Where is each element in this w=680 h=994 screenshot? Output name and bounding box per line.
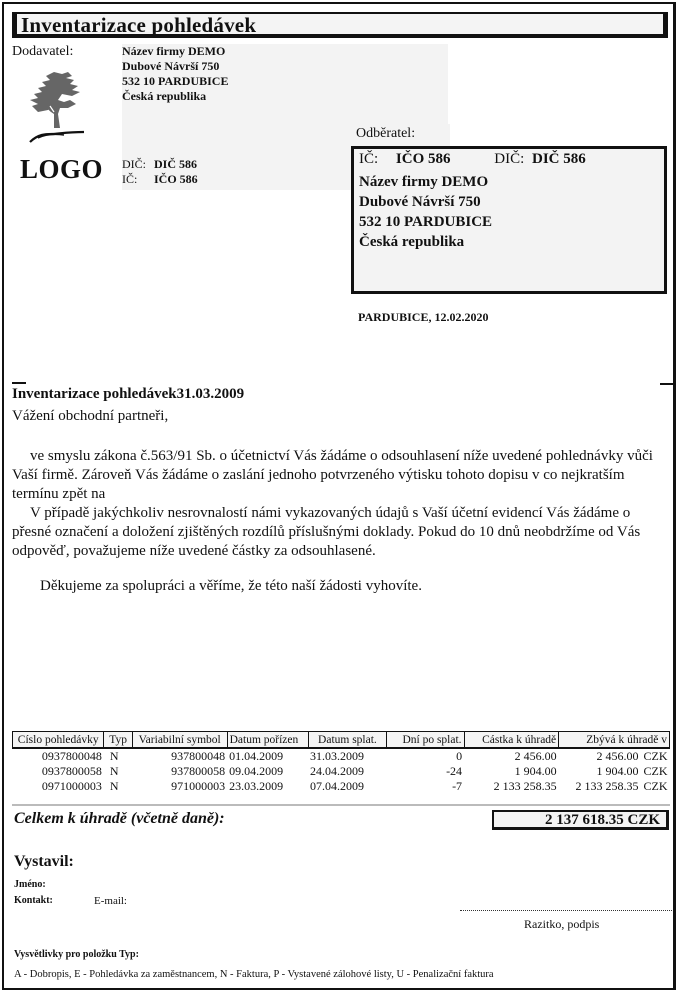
currency: CZK [644,764,668,779]
table-cell-vs: 937800048 [132,748,227,764]
table-cell-number: 0971000003 [13,779,104,794]
table-row: 0937800058N93780005809.04.200924.04.2009… [13,764,670,779]
letter-paragraph-3: Děkujeme za spolupráci a věříme, že této… [12,577,672,596]
customer-city: 532 10 PARDUBICE [359,212,492,232]
cell-value: 31.03.2009 [310,749,364,763]
tree-icon [24,70,96,144]
customer-street: Dubové Návrší 750 [359,192,492,212]
table-cell-days: 0 [387,748,464,764]
total-label: Celkem k úhradě (včetně daně): [14,810,225,828]
table-cell-number: 0937800058 [13,764,104,779]
table-bottom-rule [12,804,670,806]
cell-value: 2 133 258.35 [494,779,557,793]
contact-label: Kontakt: [14,895,53,906]
table-cell-created: 23.03.2009 [227,779,308,794]
logo-text: LOGO [20,154,103,185]
customer-ids: IČ: IČO 586 DIČ: DIČ 586 [359,151,586,168]
column-header: Typ [104,732,132,749]
cell-value: 971000003 [171,779,225,793]
cell-value: 23.03.2009 [229,779,283,793]
cell-value: N [110,749,119,763]
supplier-country: Česká republika [122,89,228,104]
supplier-dic-label: DIČ: [122,157,154,172]
supplier-city: 532 10 PARDUBICE [122,74,228,89]
table-cell-number: 0937800048 [13,748,104,764]
letter-paragraph-1: ve smyslu zákona č.563/91 Sb. o účetnict… [12,447,672,504]
email-label: E-mail: [94,895,127,907]
letter-paragraph-2: V případě jakýchkoliv nesrovnalostí námi… [12,504,672,561]
cell-value: 1 904.00 [515,764,557,778]
cell-value: 937800048 [171,749,225,763]
currency: CZK [644,779,668,794]
column-header: Cástka k úhradě [464,732,559,749]
letter-greeting: Vážení obchodní partneři, [12,408,168,425]
table-cell-due: 24.04.2009 [308,764,387,779]
column-header: Dní po splat. [387,732,464,749]
table-cell-vs: 937800058 [132,764,227,779]
cell-value: 937800058 [171,764,225,778]
table-cell-days: -7 [387,779,464,794]
customer-name: Název firmy DEMO [359,172,492,192]
supplier-street: Dubové Návrší 750 [122,59,228,74]
signature-label: Razitko, podpis [524,917,599,932]
cell-value: N [110,764,119,778]
cell-value: 0937800058 [42,764,102,778]
issuer-label: Vystavil: [14,853,74,871]
place-date: PARDUBICE, 12.02.2020 [358,310,488,325]
table-cell-due: 31.03.2009 [308,748,387,764]
table-cell-created: 01.04.2009 [227,748,308,764]
table-cell-amount: 1 904.00 [464,764,559,779]
table-cell-created: 09.04.2009 [227,764,308,779]
customer-dic-label: DIČ: [494,151,524,167]
document-title: Inventarizace pohledávek [21,13,256,38]
signature-line [460,910,672,911]
column-header: Datum splat. [308,732,387,749]
cell-value: 0937800048 [42,749,102,763]
fold-mark-left [12,382,26,384]
total-value: 2 137 618.35 CZK [492,810,669,830]
table-header-row: Císlo pohledávky Typ Variabilní symbol D… [13,732,670,749]
table-row: 0937800048N93780004801.04.200931.03.2009… [13,748,670,764]
column-header: Císlo pohledávky [13,732,104,749]
cell-value: 2 456.00 [515,749,557,763]
customer-country: Česká republika [359,232,492,252]
table-cell-type: N [104,764,132,779]
column-header: Zbývá k úhradě v [559,732,670,749]
cell-value: 09.04.2009 [229,764,283,778]
customer-box: IČ: IČO 586 DIČ: DIČ 586 Název firmy DEM… [351,146,667,294]
cell-value: 2 456.00 [597,749,639,763]
table-cell-amount: 2 456.00 [464,748,559,764]
legend-text: A - Dobropis, E - Pohledávka za zaměstna… [14,969,494,980]
currency: CZK [644,749,668,764]
supplier-label: Dodavatel: [12,44,73,60]
table-cell-remaining: 2 456.00CZK [559,748,670,764]
table-cell-days: -24 [387,764,464,779]
letter-heading: Inventarizace pohledávek31.03.2009 [12,386,244,403]
cell-value: 1 904.00 [597,764,639,778]
table-cell-remaining: 2 133 258.35CZK [559,779,670,794]
customer-ic-label: IČ: [359,151,378,167]
table-cell-due: 07.04.2009 [308,779,387,794]
document-page: Inventarizace pohledávek Dodavatel: LOGO… [2,2,676,990]
cell-value: N [110,779,119,793]
receivables-table: Císlo pohledávky Typ Variabilní symbol D… [12,731,670,794]
cell-value: 07.04.2009 [310,779,364,793]
fold-mark-right [660,383,674,385]
cell-value: -7 [452,779,462,793]
title-bar: Inventarizace pohledávek [12,12,668,38]
name-label: Jméno: [14,879,46,890]
supplier-dic-value: DIČ 586 [154,157,197,171]
table-row: 0971000003N97100000323.03.200907.04.2009… [13,779,670,794]
supplier-ic-value: IČO 586 [154,172,198,186]
column-header: Datum pořízen [227,732,308,749]
table-cell-type: N [104,748,132,764]
column-header: Variabilní symbol [132,732,227,749]
customer-label: Odběratel: [356,126,415,142]
customer-dic-value: DIČ 586 [532,151,586,167]
table-cell-remaining: 1 904.00CZK [559,764,670,779]
supplier-ic-label: IČ: [122,172,154,187]
cell-value: 01.04.2009 [229,749,283,763]
table-cell-type: N [104,779,132,794]
legend-title: Vysvětlivky pro položku Typ: [14,949,139,960]
cell-value: -24 [446,764,462,778]
table-cell-vs: 971000003 [132,779,227,794]
cell-value: 0 [456,749,462,763]
cell-value: 24.04.2009 [310,764,364,778]
customer-address: Název firmy DEMO Dubové Návrší 750 532 1… [359,172,492,252]
supplier-address: Název firmy DEMO Dubové Návrší 750 532 1… [122,44,228,104]
customer-ic-value: IČO 586 [396,151,451,167]
cell-value: 0971000003 [42,779,102,793]
cell-value: 2 133 258.35 [576,779,639,793]
table-cell-amount: 2 133 258.35 [464,779,559,794]
supplier-ids: DIČ:DIČ 586 IČ:IČO 586 [122,157,198,187]
supplier-name: Název firmy DEMO [122,44,228,59]
